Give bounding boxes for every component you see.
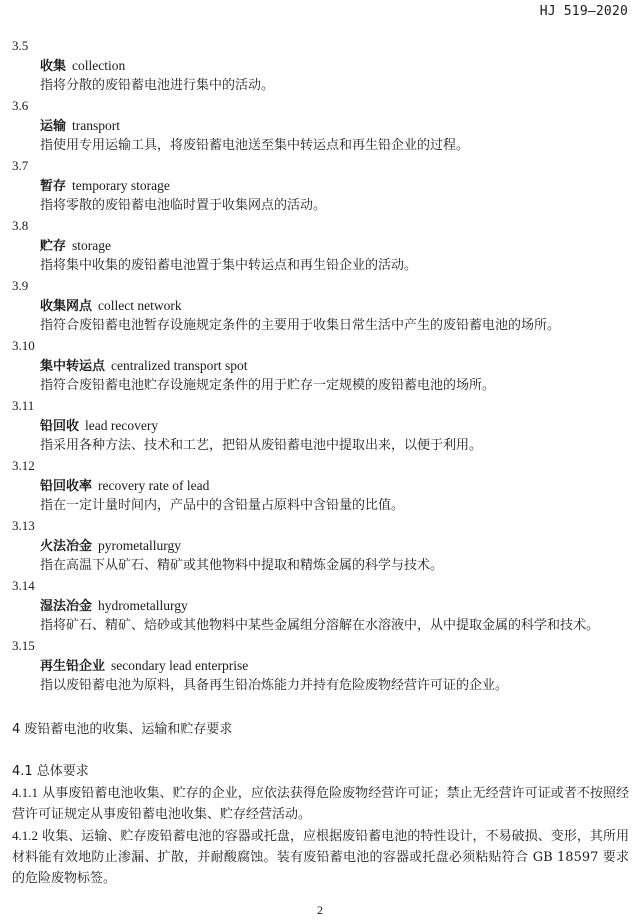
- term-heading: 收集collection: [12, 56, 632, 76]
- term-heading: 铅回收率recovery rate of lead: [12, 476, 632, 496]
- term-number: 3.15: [12, 636, 632, 656]
- term-entry: 3.5收集collection指将分散的废铅蓄电池进行集中的活动。: [12, 36, 632, 96]
- term-definition: 指使用专用运输工具，将废铅蓄电池送至集中转运点和再生铅企业的过程。: [12, 136, 632, 156]
- term-english: centralized transport spot: [111, 358, 247, 373]
- term-heading: 暂存temporary storage: [12, 176, 632, 196]
- term-definition: 指采用各种方法、技术和工艺，把铅从废铅蓄电池中提取出来，以便于利用。: [12, 436, 632, 456]
- term-heading: 集中转运点centralized transport spot: [12, 356, 632, 376]
- term-english: pyrometallurgy: [98, 538, 181, 553]
- term-entry: 3.15再生铅企业secondary lead enterprise指以废铅蓄电…: [12, 636, 632, 696]
- term-entry: 3.11铅回收lead recovery指采用各种方法、技术和工艺，把铅从废铅蓄…: [12, 396, 632, 456]
- term-heading: 湿法冶金hydrometallurgy: [12, 596, 632, 616]
- term-number: 3.14: [12, 576, 632, 596]
- term-entry: 3.7暂存temporary storage指将零散的废铅蓄电池临时置于收集网点…: [12, 156, 632, 216]
- term-definition: 指将零散的废铅蓄电池临时置于收集网点的活动。: [12, 196, 632, 216]
- term-heading: 收集网点collect network: [12, 296, 632, 316]
- term-chinese: 收集网点: [40, 299, 92, 314]
- term-chinese: 运输: [40, 119, 66, 134]
- term-english: collection: [72, 58, 125, 73]
- term-entry: 3.9收集网点collect network指符合废铅蓄电池暂存设施规定条件的主…: [12, 276, 632, 336]
- term-chinese: 湿法冶金: [40, 599, 92, 614]
- term-number: 3.9: [12, 276, 632, 296]
- page-content: 3.5收集collection指将分散的废铅蓄电池进行集中的活动。3.6运输tr…: [12, 36, 632, 889]
- term-entry: 3.8贮存storage指将集中收集的废铅蓄电池置于集中转运点和再生铅企业的活动…: [12, 216, 632, 276]
- term-heading: 再生铅企业secondary lead enterprise: [12, 656, 632, 676]
- paragraph-text: 从事废铅蓄电池收集、贮存的企业，应依法获得危险废物经营许可证；禁止无经营许可证或…: [12, 786, 629, 822]
- term-entry: 3.6运输transport指使用专用运输工具，将废铅蓄电池送至集中转运点和再生…: [12, 96, 632, 156]
- section-4-1-heading: 4.1 总体要求: [12, 762, 632, 782]
- term-definition: 指在高温下从矿石、精矿或其他物料中提取和精炼金属的科学与技术。: [12, 556, 632, 576]
- term-definition: 指以废铅蓄电池为原料，具备再生铅冶炼能力并持有危险废物经营许可证的企业。: [12, 676, 632, 696]
- term-english: collect network: [98, 298, 182, 313]
- term-english: storage: [72, 238, 111, 253]
- term-english: secondary lead enterprise: [111, 658, 248, 673]
- paragraph-text: 收集、运输、贮存废铅蓄电池的容器或托盘，应根据废铅蓄电池的特性设计，不易破损、变…: [12, 829, 629, 886]
- term-entry: 3.10集中转运点centralized transport spot指符合废铅…: [12, 336, 632, 396]
- document-id: HJ 519—2020: [540, 4, 628, 19]
- term-number: 3.6: [12, 96, 632, 116]
- term-number: 3.7: [12, 156, 632, 176]
- term-chinese: 火法冶金: [40, 539, 92, 554]
- term-english: hydrometallurgy: [98, 598, 188, 613]
- term-chinese: 集中转运点: [40, 359, 105, 374]
- term-english: transport: [72, 118, 120, 133]
- term-definition: 指符合废铅蓄电池暂存设施规定条件的主要用于收集日常生活中产生的废铅蓄电池的场所。: [12, 316, 632, 336]
- term-chinese: 铅回收: [40, 419, 79, 434]
- term-number: 3.11: [12, 396, 632, 416]
- section-4-heading: 4 废铅蓄电池的收集、运输和贮存要求: [12, 720, 632, 740]
- term-chinese: 再生铅企业: [40, 659, 105, 674]
- term-definition: 指将分散的废铅蓄电池进行集中的活动。: [12, 76, 632, 96]
- term-list: 3.5收集collection指将分散的废铅蓄电池进行集中的活动。3.6运输tr…: [12, 36, 632, 696]
- term-chinese: 暂存: [40, 179, 66, 194]
- term-number: 3.13: [12, 516, 632, 536]
- paragraph-number: 4.1.1: [12, 785, 38, 800]
- term-entry: 3.13火法冶金pyrometallurgy指在高温下从矿石、精矿或其他物料中提…: [12, 516, 632, 576]
- term-english: temporary storage: [72, 178, 170, 193]
- term-english: lead recovery: [85, 418, 158, 433]
- term-entry: 3.12铅回收率recovery rate of lead指在一定计量时间内，产…: [12, 456, 632, 516]
- term-number: 3.5: [12, 36, 632, 56]
- paragraph-4-1-2: 4.1.2 收集、运输、贮存废铅蓄电池的容器或托盘，应根据废铅蓄电池的特性设计，…: [12, 825, 629, 889]
- term-definition: 指将集中收集的废铅蓄电池置于集中转运点和再生铅企业的活动。: [12, 256, 632, 276]
- term-number: 3.12: [12, 456, 632, 476]
- term-number: 3.8: [12, 216, 632, 236]
- term-chinese: 贮存: [40, 239, 66, 254]
- term-number: 3.10: [12, 336, 632, 356]
- paragraph-number: 4.1.2: [12, 828, 38, 843]
- term-definition: 指在一定计量时间内，产品中的含铅量占原料中含铅量的比值。: [12, 496, 632, 516]
- term-definition: 指符合废铅蓄电池贮存设施规定条件的用于贮存一定规模的废铅蓄电池的场所。: [12, 376, 632, 396]
- term-heading: 铅回收lead recovery: [12, 416, 632, 436]
- term-chinese: 收集: [40, 59, 66, 74]
- term-heading: 火法冶金pyrometallurgy: [12, 536, 632, 556]
- term-english: recovery rate of lead: [98, 478, 209, 493]
- term-definition: 指将矿石、精矿、焙砂或其他物料中某些金属组分溶解在水溶液中，从中提取金属的科学和…: [12, 616, 632, 636]
- term-entry: 3.14湿法冶金hydrometallurgy指将矿石、精矿、焙砂或其他物料中某…: [12, 576, 632, 636]
- page-number: 2: [0, 903, 640, 918]
- term-heading: 贮存storage: [12, 236, 632, 256]
- paragraph-4-1-1: 4.1.1 从事废铅蓄电池收集、贮存的企业，应依法获得危险废物经营许可证；禁止无…: [12, 782, 629, 825]
- term-heading: 运输transport: [12, 116, 632, 136]
- term-chinese: 铅回收率: [40, 479, 92, 494]
